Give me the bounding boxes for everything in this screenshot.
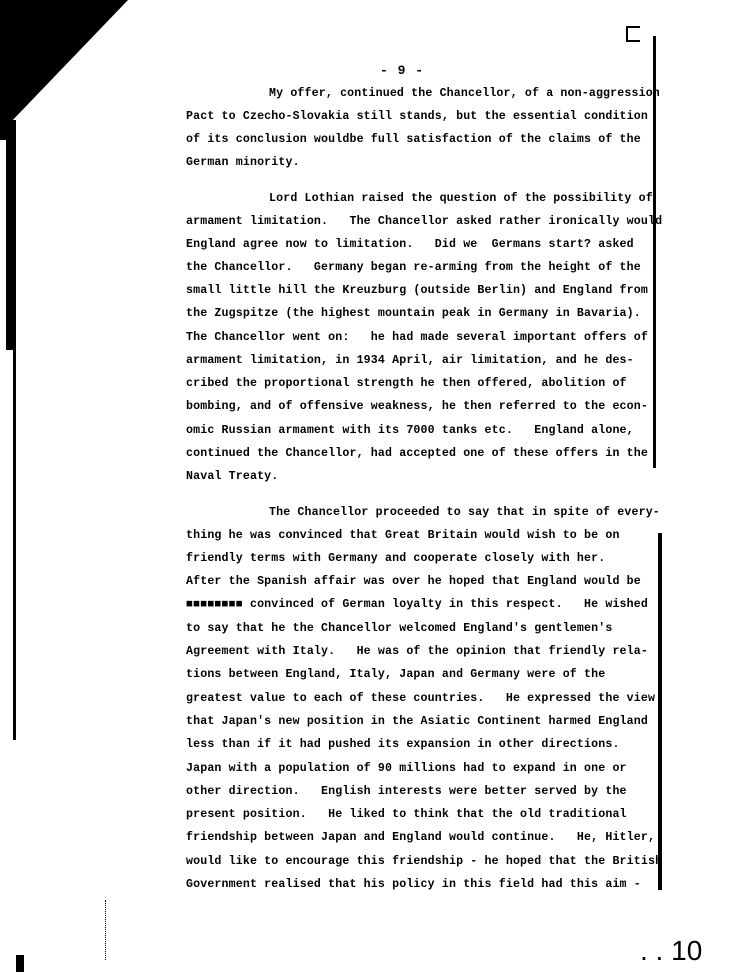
scan-dots (105, 900, 107, 960)
text-line: would like to encourage this friendship … (186, 855, 662, 868)
scan-edge-shadow (6, 120, 16, 350)
scan-mark (16, 955, 24, 972)
text-line: small little hill the Kreuzburg (outside… (186, 284, 648, 297)
text-line: friendship between Japan and England wou… (186, 831, 655, 844)
text-line: German minority. (186, 156, 300, 169)
text-line: bombing, and of offensive weakness, he t… (186, 400, 648, 413)
text-line: that Japan's new position in the Asiatic… (186, 715, 648, 728)
text-line: to say that he the Chancellor welcomed E… (186, 622, 612, 635)
text-line: cribed the proportional strength he then… (186, 377, 627, 390)
corner-stamp-mark (626, 26, 640, 42)
text-line: the Chancellor. Germany began re-arming … (186, 261, 641, 274)
text-line: less than if it had pushed its expansion… (186, 738, 620, 751)
text-line: armament limitation, in 1934 April, air … (186, 354, 634, 367)
text-line: of its conclusion wouldbe full satisfact… (186, 133, 641, 146)
text-line: friendly terms with Germany and cooperat… (186, 552, 605, 565)
scan-corner-shadow (0, 0, 130, 140)
text-line: Agreement with Italy. He was of the opin… (186, 645, 648, 658)
text-line: the Zugspitze (the highest mountain peak… (186, 307, 641, 320)
text-line: armament limitation. The Chancellor aske… (186, 215, 662, 228)
text-line: thing he was convinced that Great Britai… (186, 529, 620, 542)
text-line: greatest value to each of these countrie… (186, 692, 655, 705)
scan-edge-line (13, 350, 16, 740)
text-line: My offer, continued the Chancellor, of a… (269, 87, 660, 100)
text-line: tions between England, Italy, Japan and … (186, 668, 605, 681)
text-line: Government realised that his policy in t… (186, 878, 641, 891)
text-line: Japan with a population of 90 millions h… (186, 762, 627, 775)
margin-bar-upper (653, 36, 656, 468)
folio-mark: . . 10 (640, 935, 702, 967)
text-line: continued the Chancellor, had accepted o… (186, 447, 648, 460)
text-line: other direction. English interests were … (186, 785, 627, 798)
text-line: The Chancellor proceeded to say that in … (269, 506, 660, 519)
text-line: After the Spanish affair was over he hop… (186, 575, 641, 588)
text-line: England agree now to limitation. Did we … (186, 238, 634, 251)
page-number: - 9 - (380, 63, 424, 78)
text-line: Lord Lothian raised the question of the … (269, 192, 653, 205)
text-line: Naval Treaty. (186, 470, 278, 483)
text-line: Pact to Czecho-Slovakia still stands, bu… (186, 110, 648, 123)
text-line: ■■■■■■■■ convinced of German loyalty in … (186, 598, 648, 611)
margin-bar-lower (658, 533, 662, 890)
text-line: present position. He liked to think that… (186, 808, 627, 821)
text-line: omic Russian armament with its 7000 tank… (186, 424, 634, 437)
text-line: The Chancellor went on: he had made seve… (186, 331, 648, 344)
